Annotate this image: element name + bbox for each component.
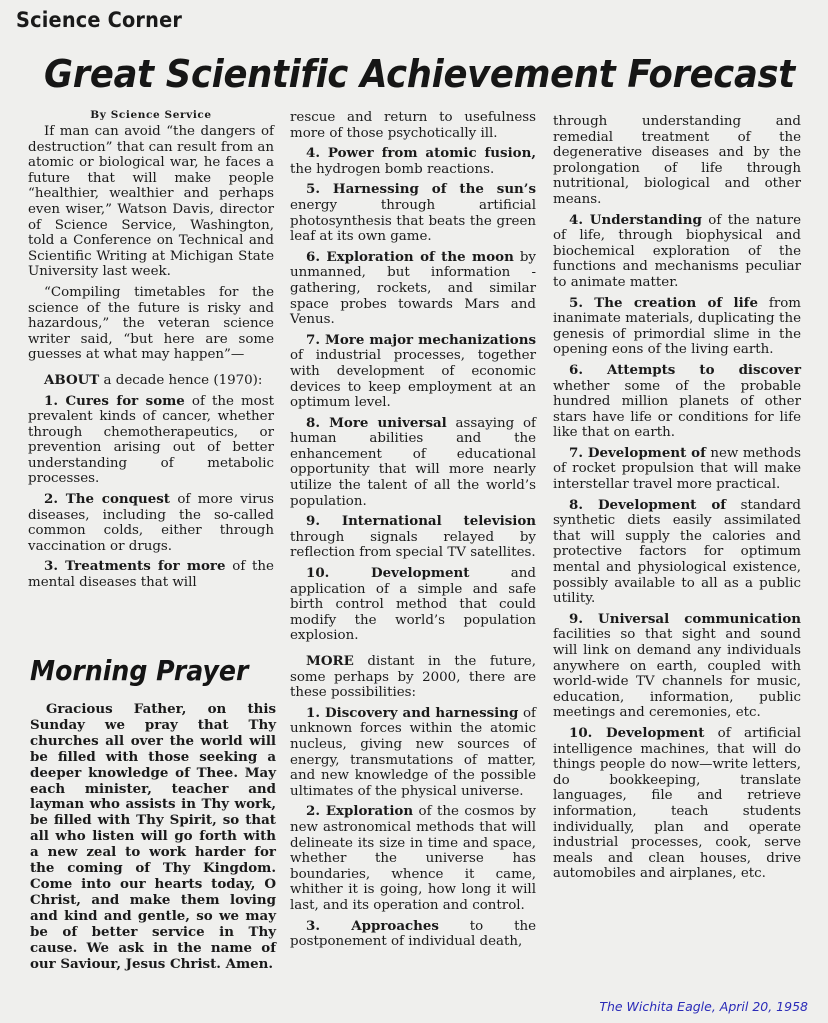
- item-heading: 10. Development: [569, 725, 704, 741]
- item-heading: 6. Exploration of the moon: [306, 249, 514, 265]
- item-text: of industrial processes, together with d…: [290, 348, 536, 410]
- intro-paragraph: If man can avoid “the dangers of destruc…: [28, 124, 274, 280]
- item-heading: 5. The creation of life: [569, 295, 758, 311]
- item-text: energy through artificial photosynthesis…: [290, 198, 536, 244]
- list-item: 7. More major mechanizations of industri…: [290, 333, 536, 411]
- list-item: 9. International television through sign…: [290, 514, 536, 561]
- item-heading: 5. Harnessing of the sun’s: [306, 181, 536, 197]
- item-heading: 3. Approaches: [306, 918, 439, 934]
- article-column-2: rescue and return to usefulness more of …: [290, 110, 536, 955]
- article-column-3: through understanding and remedial treat…: [553, 114, 801, 887]
- list-item: 7. Development of new methods of rocket …: [553, 446, 801, 493]
- item-text: through signals relayed by reflection fr…: [290, 530, 536, 561]
- list-item: 4. Power from atomic fusion, the hydroge…: [290, 146, 536, 177]
- list-item-continued: rescue and return to usefulness more of …: [290, 110, 536, 141]
- item-heading: 9. Universal communication: [569, 611, 801, 627]
- item-heading: 8. Development of: [569, 497, 726, 513]
- list-item: 5. The creation of life from inanimate m…: [553, 296, 801, 358]
- item-heading: 2. The conquest: [44, 491, 170, 507]
- item-heading: 4. Understanding: [569, 212, 702, 228]
- lead-text: a decade hence (1970):: [99, 373, 262, 388]
- list-item: 10. Development and application of a sim…: [290, 566, 536, 644]
- list-item: 5. Harnessing of the sun’s energy throug…: [290, 182, 536, 244]
- item-heading: 7. Development of: [569, 445, 706, 461]
- list-item: 8. More universal assaying of human abil…: [290, 416, 536, 510]
- item-text: the hydrogen bomb reactions.: [290, 162, 494, 177]
- lead-bold: ABOUT: [44, 372, 99, 388]
- item-heading: 1. Discovery and harnessing: [306, 705, 518, 721]
- prayer-text: Gracious Father, on this Sunday we pray …: [30, 702, 276, 972]
- list-item: 2. Exploration of the cosmos by new astr…: [290, 804, 536, 913]
- list-item: 6. Exploration of the moon by unmanned, …: [290, 250, 536, 328]
- item-text: standard synthetic diets easily assimila…: [553, 498, 801, 607]
- article-column-1: By Science Service If man can avoid “the…: [28, 108, 274, 596]
- decade-lead: ABOUT a decade hence (1970):: [28, 373, 274, 389]
- list-item: 8. Development of standard synthetic die…: [553, 498, 801, 607]
- item-heading: 9. International television: [306, 513, 536, 529]
- future-lead: MORE distant in the future, some perhaps…: [290, 654, 536, 701]
- list-item: 2. The conquest of more virus diseases, …: [28, 492, 274, 554]
- section-label: Science Corner: [16, 8, 182, 32]
- list-item-continued: through understanding and remedial treat…: [553, 114, 801, 208]
- item-text: whether some of the probable hundred mil…: [553, 379, 801, 441]
- list-item: 3. Treatments for more of the mental dis…: [28, 559, 274, 590]
- prayer-body: Gracious Father, on this Sunday we pray …: [30, 702, 276, 972]
- list-item: 1. Cures for some of the most prevalent …: [28, 394, 274, 488]
- byline: By Science Service: [28, 108, 274, 122]
- list-item: 6. Attempts to discover whether some of …: [553, 363, 801, 441]
- list-item: 1. Discovery and harnessing of unknown f…: [290, 706, 536, 800]
- prayer-title: Morning Prayer: [30, 654, 248, 687]
- lead-bold: MORE: [306, 653, 354, 669]
- list-item: 4. Understanding of the nature of life, …: [553, 213, 801, 291]
- item-heading: 1. Cures for some: [44, 393, 185, 409]
- item-text: facilities so that sight and sound will …: [553, 627, 801, 720]
- item-heading: 6. Attempts to discover: [569, 362, 801, 378]
- item-heading: 7. More major mechanizations: [306, 332, 536, 348]
- list-item: 9. Universal communication facilities so…: [553, 612, 801, 721]
- list-item: 3. Approaches to the postponement of ind…: [290, 919, 536, 950]
- item-heading: 2. Exploration: [306, 803, 413, 819]
- item-heading: 10. Development: [306, 565, 469, 581]
- item-heading: 8. More universal: [306, 415, 447, 431]
- item-text: of the cosmos by new astronomical method…: [290, 804, 536, 913]
- source-credit: The Wichita Eagle, April 20, 1958: [599, 999, 808, 1014]
- headline: Great Scientific Achievement Forecast: [44, 52, 795, 96]
- item-text: of artificial intelligence machines, tha…: [553, 726, 801, 881]
- item-heading: 3. Treatments for more: [44, 558, 226, 574]
- list-item: 10. Development of artificial intelligen…: [553, 726, 801, 882]
- item-heading: 4. Power from atomic fusion,: [306, 145, 536, 161]
- intro-paragraph: “Compiling timetables for the science of…: [28, 285, 274, 363]
